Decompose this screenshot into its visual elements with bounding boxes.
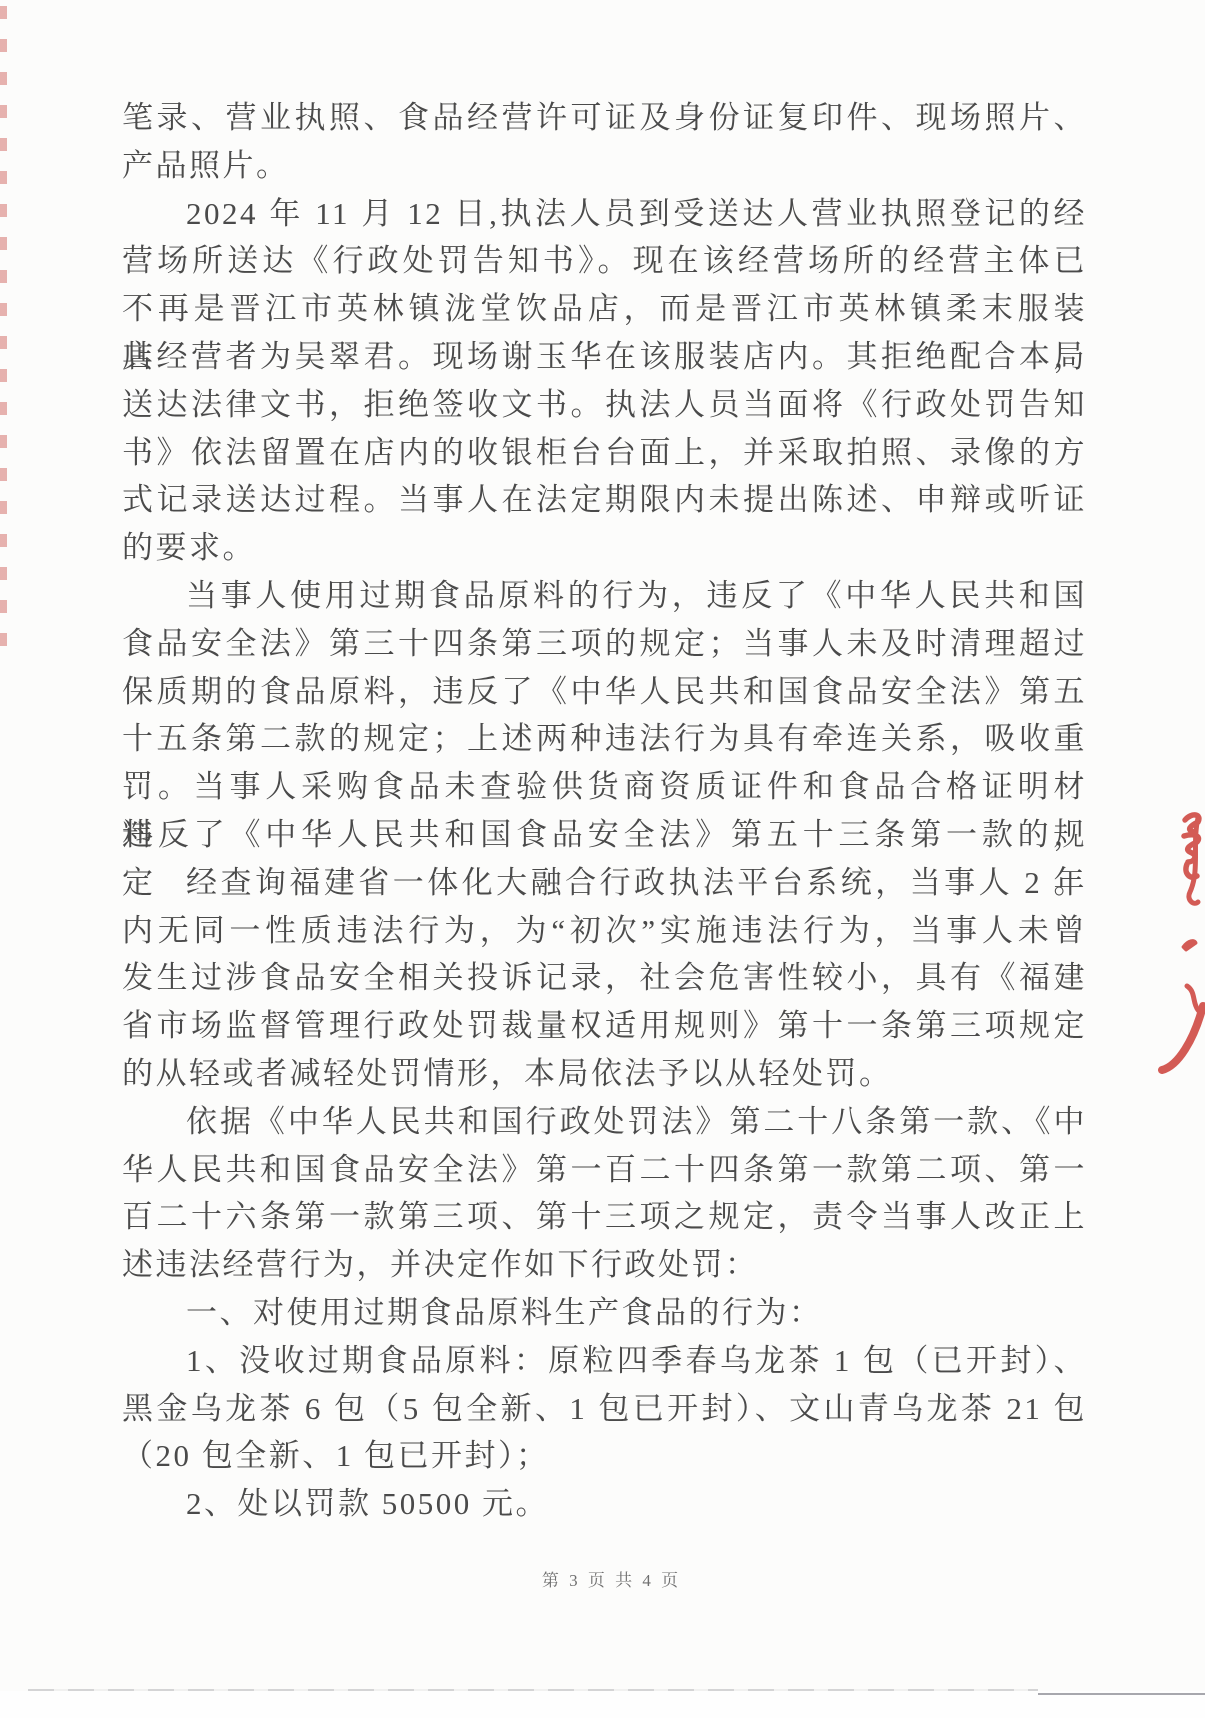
- text-line: 华人民共和国食品安全法》第一百二十四条第一款第二项、第一: [122, 1146, 1087, 1194]
- text-line: 黑金乌龙茶 6 包（5 包全新、1 包已开封）、文山青乌龙茶 21 包: [122, 1385, 1087, 1433]
- text-line: 经查询福建省一体化大融合行政执法平台系统，当事人 2 年: [122, 859, 1087, 907]
- text-line: 2、处以罚款 50500 元。: [122, 1480, 1087, 1528]
- text-line: 百二十六条第一款第三项、第十三项之规定，责令当事人改正上: [122, 1193, 1087, 1241]
- scan-background-below-page: [0, 1691, 1205, 1718]
- text-line: 述违法经营行为，并决定作如下行政处罚：: [122, 1241, 1087, 1289]
- text-line: 省市场监督管理行政处罚裁量权适用规则》第十一条第三项规定: [122, 1002, 1087, 1050]
- text-line: 式记录送达过程。当事人在法定期限内未提出陈述、申辩或听证: [122, 476, 1087, 524]
- text-line: 1、没收过期食品原料：原粒四季春乌龙茶 1 包（已开封）、: [122, 1337, 1087, 1385]
- text-line: 内无同一性质违法行为，为“初次”实施违法行为，当事人未曾: [122, 907, 1087, 955]
- text-line: 保质期的食品原料，违反了《中华人民共和国食品安全法》第五: [122, 668, 1087, 716]
- text-line: 依据《中华人民共和国行政处罚法》第二十八条第一款、《中: [122, 1098, 1087, 1146]
- text-line: 违反了《中华人民共和国食品安全法》第五十三条第一款的规定。: [122, 811, 1087, 859]
- text-line: 书》依法留置在店内的收银柜台台面上，并采取拍照、录像的方: [122, 429, 1087, 477]
- text-line: （20 包全新、1 包已开封）；: [122, 1432, 1087, 1480]
- text-line: 一、对使用过期食品原料生产食品的行为：: [122, 1289, 1087, 1337]
- text-line: 产品照片。: [122, 142, 1087, 190]
- text-line: 发生过涉食品安全相关投诉记录，社会危害性较小，具有《福建: [122, 954, 1087, 1002]
- text-line: 营场所送达《行政处罚告知书》。现在该经营场所的经营主体已: [122, 237, 1087, 285]
- page-bottom-edge: [28, 1689, 1038, 1691]
- text-line: 食品安全法》第三十四条第三项的规定；当事人未及时清理超过: [122, 620, 1087, 668]
- text-line: 罚。当事人采购食品未查验供货商资质证件和食品合格证明材料，: [122, 763, 1087, 811]
- text-line: 十五条第二款的规定；上述两种违法行为具有牵连关系，吸收重: [122, 715, 1087, 763]
- red-scan-edge-marks: [0, 6, 7, 666]
- page-bottom-edge-right: [1038, 1693, 1205, 1695]
- scanned-document-page: 笔录、营业执照、食品经营许可证及身份证复印件、现场照片、 产品照片。 2024 …: [0, 0, 1205, 1718]
- text-line: 笔录、营业执照、食品经营许可证及身份证复印件、现场照片、: [122, 94, 1087, 142]
- text-line: 当事人使用过期食品原料的行为，违反了《中华人民共和国: [122, 572, 1087, 620]
- document-body: 笔录、营业执照、食品经营许可证及身份证复印件、现场照片、 产品照片。 2024 …: [122, 94, 1087, 1528]
- text-line: 的要求。: [122, 524, 1087, 572]
- text-line: 2024 年 11 月 12 日,执法人员到受送达人营业执照登记的经: [122, 190, 1087, 238]
- text-line: 不再是晋江市英林镇泷堂饮品店，而是晋江市英林镇柔末服装店，: [122, 285, 1087, 333]
- page-number: 第 3 页 共 4 页: [0, 1566, 1205, 1596]
- text-line: 的从轻或者减轻处罚情形，本局依法予以从轻处罚。: [122, 1050, 1087, 1098]
- red-pen-scribble-annotation: [1140, 800, 1205, 1100]
- text-line: 其经营者为吴翠君。现场谢玉华在该服装店内。其拒绝配合本局: [122, 333, 1087, 381]
- text-line: 送达法律文书，拒绝签收文书。执法人员当面将《行政处罚告知: [122, 381, 1087, 429]
